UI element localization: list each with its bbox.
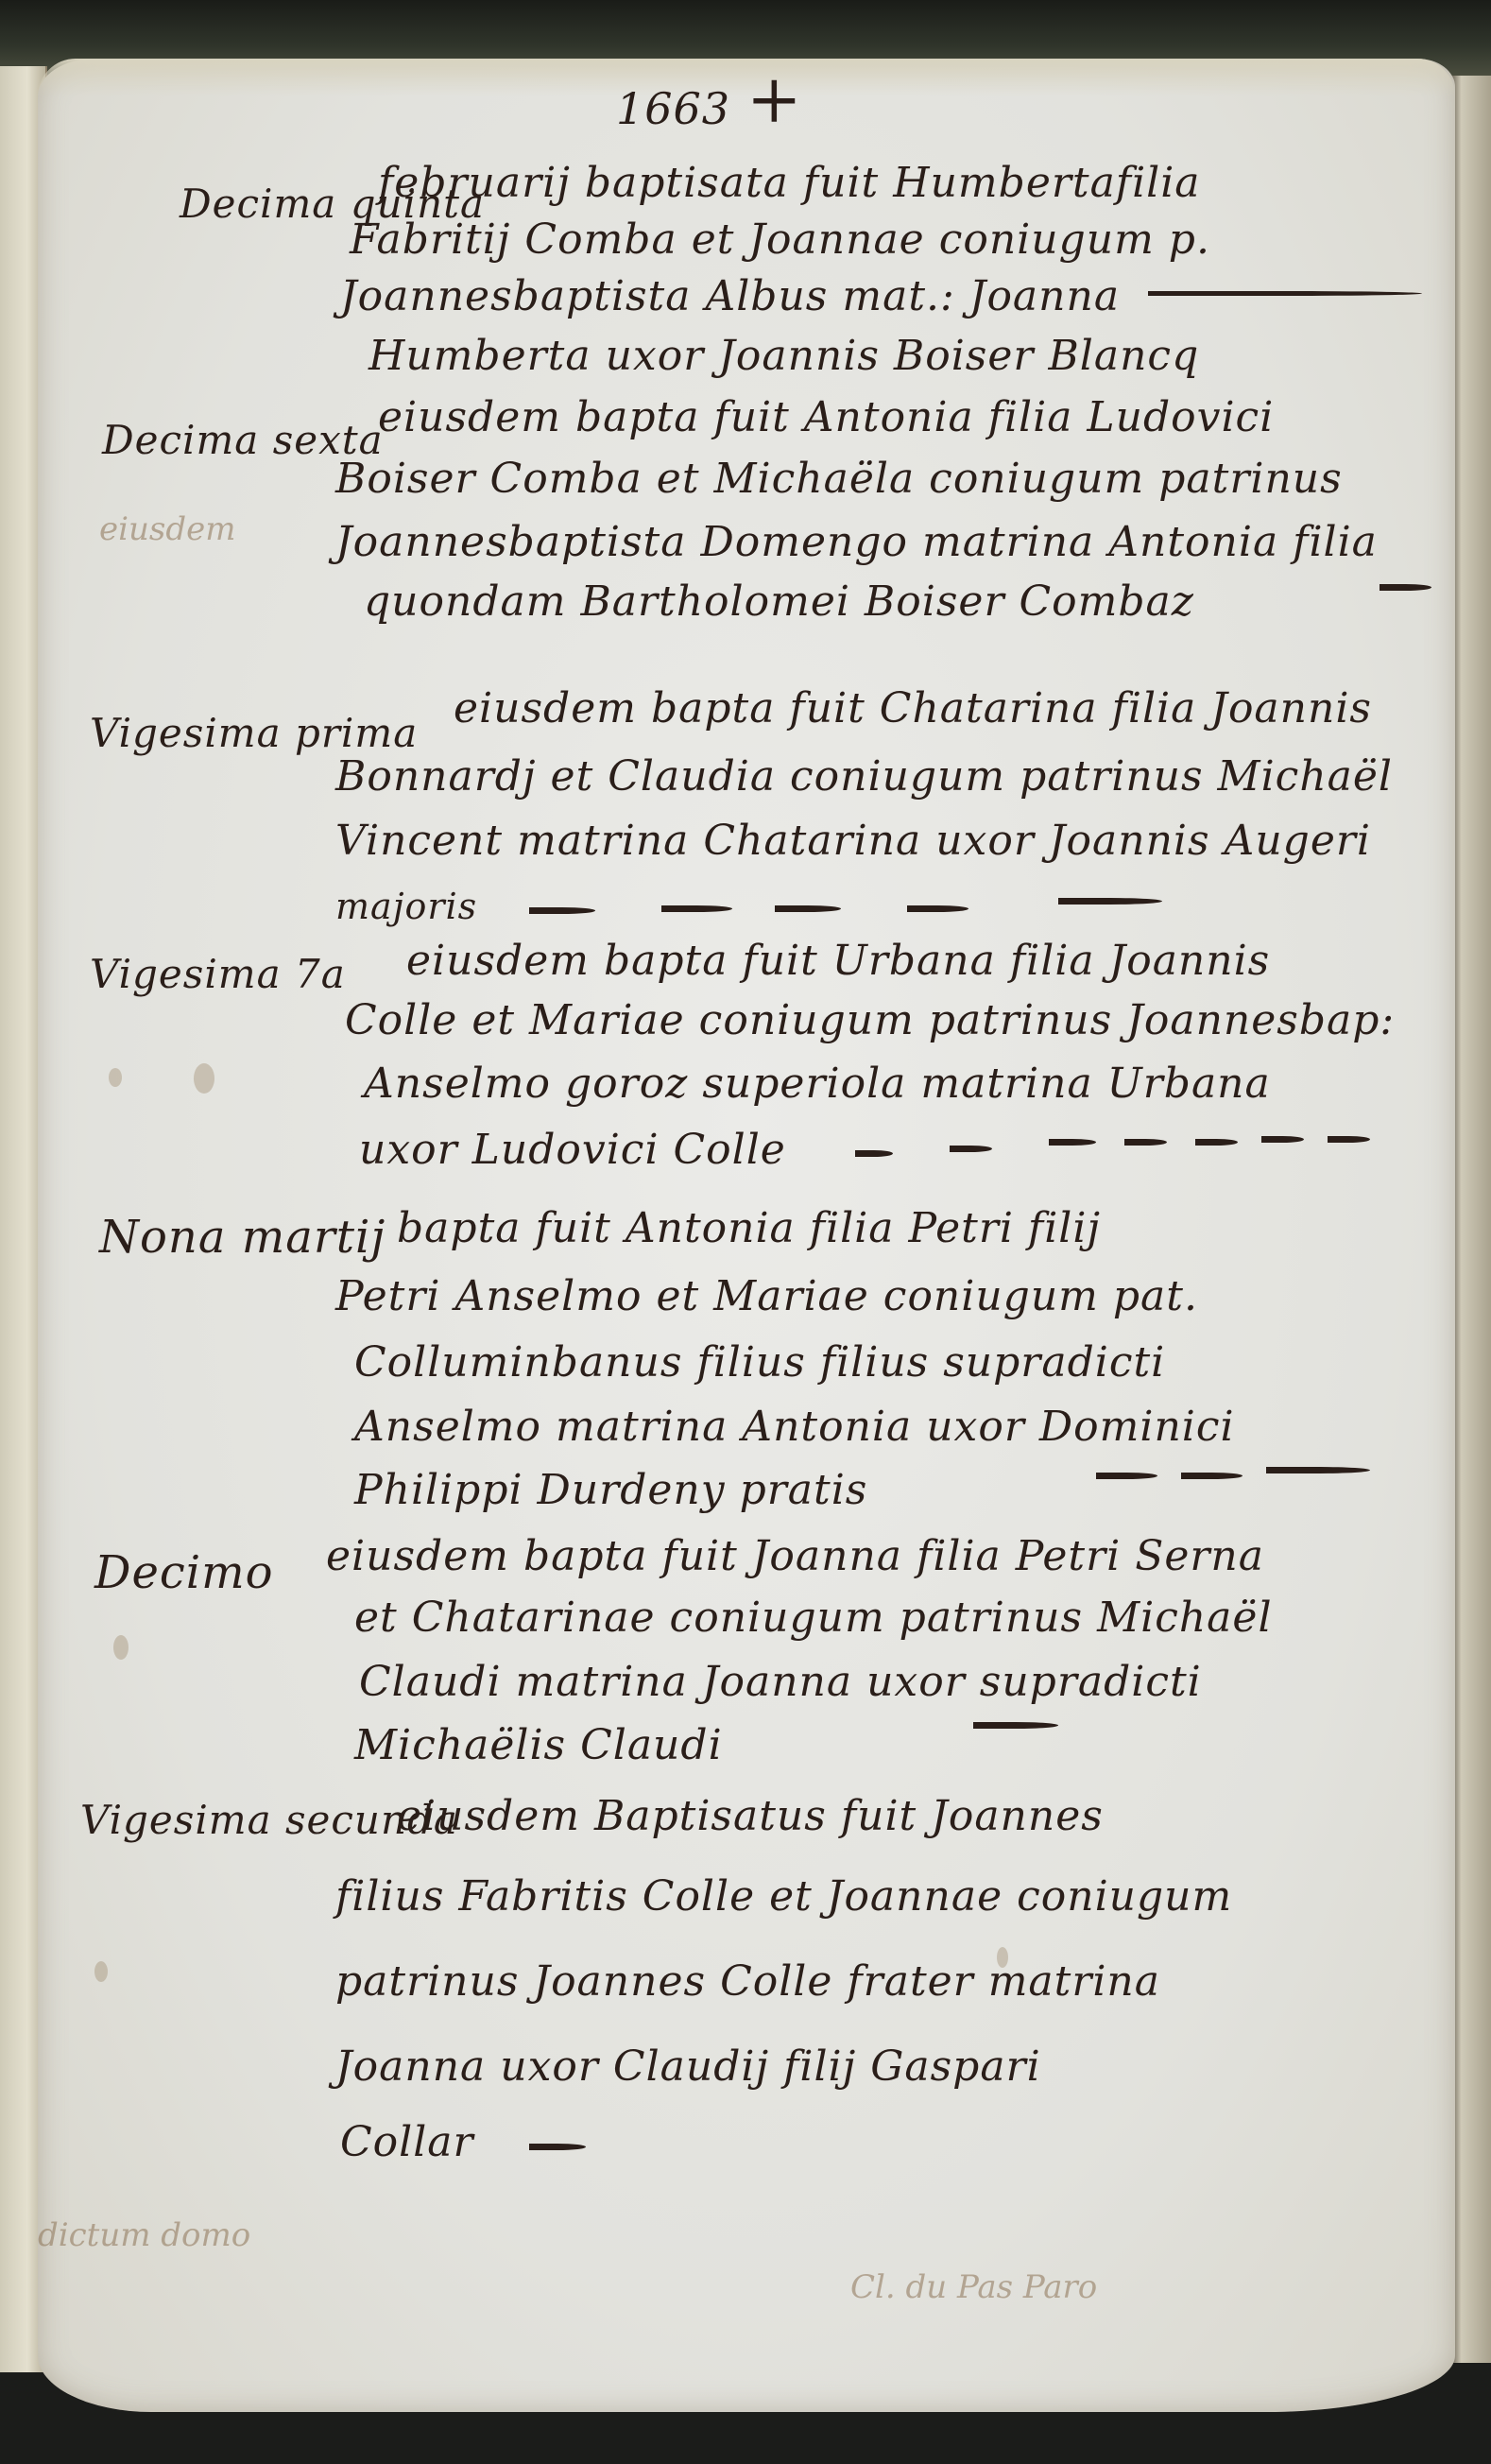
line-end-dash	[1049, 1139, 1096, 1146]
ink-stain	[194, 1063, 214, 1094]
line-end-dash	[855, 1150, 893, 1157]
entry-5-margin-date: Nona martij	[99, 1215, 386, 1260]
line-end-dash	[1096, 1473, 1157, 1479]
cross-icon: +	[746, 66, 803, 132]
entry-4-line-2: Colle et Mariae coniugum patrinus Joanne…	[345, 1000, 1395, 1042]
entry-4-line-1: eiusdem bapta fuit Urbana filia Joannis	[406, 940, 1270, 982]
entry-7-line-4: Joanna uxor Claudij filij Gaspari	[335, 2046, 1041, 2088]
entry-6-line-4: Michaëlis Claudi	[354, 1725, 723, 1766]
year-header: 1663	[616, 87, 730, 130]
entry-3-margin-date: Vigesima prima	[90, 714, 418, 753]
entry-7-line-3: patrinus Joannes Colle frater matrina	[335, 1961, 1160, 2003]
strikethrough-line	[1148, 291, 1422, 296]
entry-2-margin-note: eiusdem	[99, 510, 235, 548]
line-end-dash	[775, 905, 841, 912]
line-end-dash	[950, 1146, 992, 1152]
entry-1-line-4: Humberta uxor Joannis Boiser Blancq	[368, 336, 1199, 377]
entry-2-line-2: Boiser Comba et Michaëla coniugum patrin…	[335, 458, 1343, 500]
entry-2-line-1: eiusdem bapta fuit Antonia filia Ludovic…	[378, 397, 1274, 439]
entry-1-line-1: februarij baptisata fuit Humbertafilia	[378, 163, 1201, 204]
line-end-dash	[1328, 1136, 1370, 1143]
line-end-dash	[529, 907, 595, 914]
entry-3-line-2: Bonnardj et Claudia coniugum patrinus Mi…	[335, 756, 1393, 798]
entry-5-line-3: Colluminbanus filius filius supradicti	[354, 1342, 1165, 1384]
entry-2-line-3: Joannesbaptista Domengo matrina Antonia …	[335, 522, 1378, 563]
line-end-dash	[1195, 1139, 1238, 1146]
entry-3-line-4: majoris	[335, 888, 477, 924]
line-end-dash	[661, 905, 732, 912]
line-end-dash	[973, 1722, 1058, 1729]
entry-1-line-2: Fabritij Comba et Joannae coniugum p.	[350, 219, 1210, 261]
line-end-dash	[1261, 1136, 1304, 1143]
entry-6-line-2: et Chatarinae coniugum patrinus Michaël	[354, 1597, 1273, 1639]
entry-4-margin-date: Vigesima 7a	[90, 955, 346, 994]
entry-6-line-3: Claudi matrina Joanna uxor supradicti	[359, 1662, 1202, 1703]
entry-5-line-5: Philippi Durdeny pratis	[354, 1470, 867, 1511]
entry-7-line-5: Collar	[340, 2122, 474, 2163]
entry-5-line-4: Anselmo matrina Antonia uxor Dominici	[354, 1406, 1235, 1448]
entry-1-line-3: Joannesbaptista Albus mat.: Joanna	[340, 276, 1120, 318]
entry-6-line-1: eiusdem bapta fuit Joanna filia Petri Se…	[326, 1536, 1264, 1577]
line-end-dash	[1266, 1467, 1370, 1473]
entry-2-line-4: quondam Bartholomei Boiser Combaz	[364, 581, 1194, 623]
bleed-through-text-2: Cl. du Pas Paro	[850, 2268, 1097, 2306]
line-end-dash	[1380, 584, 1431, 591]
line-end-dash	[529, 2144, 586, 2150]
entry-7-line-2: filius Fabritis Colle et Joannae coniugu…	[335, 1876, 1232, 1918]
line-end-dash	[1181, 1473, 1242, 1479]
entry-4-line-3: Anselmo goroz superiola matrina Urbana	[364, 1063, 1271, 1105]
entry-7-line-1: eiusdem Baptisatus fuit Joannes	[397, 1796, 1104, 1837]
ink-stain	[113, 1635, 129, 1660]
entry-3-line-3: Vincent matrina Chatarina uxor Joannis A…	[335, 820, 1371, 862]
entry-5-line-2: Petri Anselmo et Mariae coniugum pat.	[335, 1276, 1198, 1318]
right-page-edge	[1451, 76, 1491, 2363]
entry-6-margin-date: Decimo	[94, 1550, 274, 1595]
entry-3-line-1: eiusdem bapta fuit Chatarina filia Joann…	[454, 688, 1372, 730]
ink-stain	[94, 1961, 108, 1982]
bleed-through-text-1: dictum domo	[38, 2216, 250, 2254]
line-end-dash	[1124, 1139, 1167, 1146]
line-end-dash	[1058, 898, 1162, 905]
entry-4-line-4: uxor Ludovici Colle	[359, 1129, 786, 1171]
entry-5-line-1: bapta fuit Antonia filia Petri filij	[397, 1208, 1101, 1249]
line-end-dash	[907, 905, 968, 912]
ink-stain	[109, 1068, 122, 1087]
